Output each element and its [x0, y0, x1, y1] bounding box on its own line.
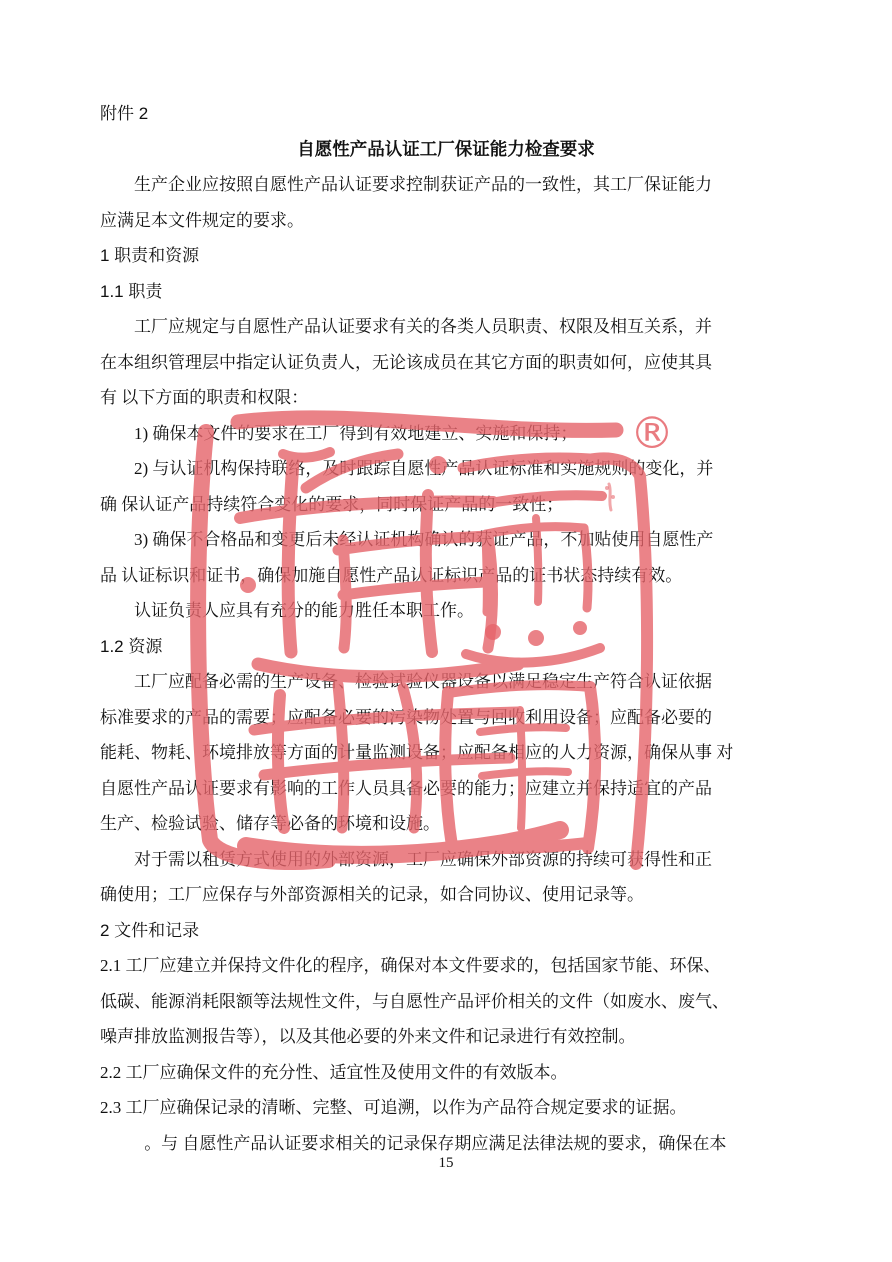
- paragraph-2-2: 2.2 工厂应确保文件的充分性、适宜性及使用文件的有效版本。: [100, 1055, 792, 1091]
- attachment-label: 附件 2: [100, 96, 792, 132]
- list-item-2: 2) 与认证机构保持联络，及时跟踪自愿性产品认证标准和实施规则的变化，并 确 保…: [100, 451, 792, 522]
- paragraph-capability: 认证负责人应具有充分的能力胜任本职工作。: [100, 593, 792, 629]
- paragraph-2-3: 2.3 工厂应确保记录的清晰、完整、可追溯，以作为产品符合规定要求的证据。: [100, 1090, 792, 1126]
- page-number: 15: [0, 1146, 892, 1182]
- document-content: 附件 2 自愿性产品认证工厂保证能力检查要求 生产企业应按照自愿性产品认证要求控…: [0, 0, 892, 1161]
- heading-documents-and-records: 2 文件和记录: [100, 913, 792, 949]
- list-item-1: 1) 确保本文件的要求在工厂得到有效地建立、实施和保持；: [100, 416, 792, 452]
- heading-responsibility-and-resources: 1 职责和资源: [100, 238, 792, 274]
- paragraph-2-1: 2.1 工厂应建立并保持文件化的程序，确保对本文件要求的，包括国家节能、环保、 …: [100, 948, 792, 1055]
- list-item-3: 3) 确保不合格品和变更后未经认证机构确认的获证产品，不加贴使用自愿性产 品 认…: [100, 522, 792, 593]
- document-title: 自愿性产品认证工厂保证能力检查要求: [100, 132, 792, 168]
- paragraph-duty: 工厂应规定与自愿性产品认证要求有关的各类人员职责、权限及相互关系，并 在本组织管…: [100, 309, 792, 416]
- paragraph-external-resources: 对于需以租赁方式使用的外部资源，工厂应确保外部资源的持续可获得性和正 确使用；工…: [100, 842, 792, 913]
- paragraph-resources: 工厂应配备必需的生产设备、检验试验仪器设备以满足稳定生产符合认证依据 标准要求的…: [100, 664, 792, 842]
- paragraph-intro: 生产企业应按照自愿性产品认证要求控制获证产品的一致性，其工厂保证能力 应满足本文…: [100, 167, 792, 238]
- heading-responsibility: 1.1 职责: [100, 274, 792, 310]
- document-page: ® 附件 2 自愿性产品认证工厂保证能力检查要求 生产企业应按照自愿性产品认证要…: [0, 0, 892, 1262]
- heading-resources: 1.2 资源: [100, 629, 792, 665]
